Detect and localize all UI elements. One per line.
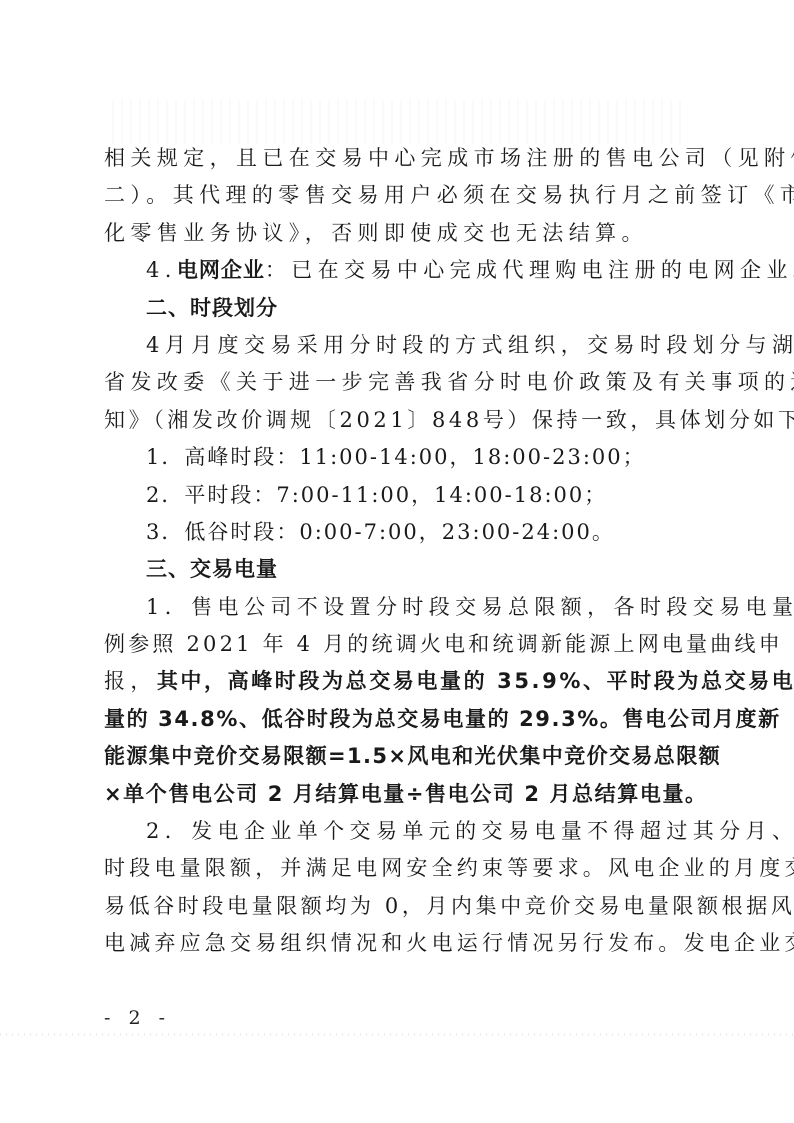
term-label: 电网企业 [177,258,265,282]
section-heading-time-periods: 二、时段划分 [104,290,694,327]
paragraph-line: 2．发电企业单个交易单元的交易电量不得超过其分月、分 [104,813,694,850]
paragraph-line-bold: ×单个售电公司 2 月结算电量÷售电公司 2 月总结算电量。 [104,776,694,813]
paragraph-line: 相关规定，且已在交易中心完成市场注册的售电公司（见附件 [104,140,694,177]
paragraph-line: 1．售电公司不设置分时段交易总限额，各时段交易电量比 [104,589,694,626]
paragraph-line: 4月月度交易采用分时段的方式组织，交易时段划分与湖南 [104,327,694,364]
scan-noise-line [0,1033,794,1036]
paragraph-line: 二）。其代理的零售交易用户必须在交易执行月之前签订《市场 [104,177,694,214]
list-item-peak-period: 1．高峰时段：11:00-14:00，18:00-23:00； [104,439,694,476]
section-heading-trading-volume: 三、交易电量 [104,551,694,588]
paragraph-line: 时段电量限额，并满足电网安全约束等要求。风电企业的月度交 [104,850,694,887]
paragraph-line-bold: 能源集中竞价交易限额=1.5×风电和光伏集中竞价交易总限额 [104,738,694,775]
document-body: 相关规定，且已在交易中心完成市场注册的售电公司（见附件 二）。其代理的零售交易用… [104,140,694,963]
scan-bleed-through [112,100,682,144]
page-number: - 2 - [104,1007,171,1029]
paragraph-line-bold: 量的 34.8%、低谷时段为总交易电量的 29.3%。售电公司月度新 [104,701,694,738]
list-item-valley-period: 3．低谷时段：0:00-7:00，23:00-24:00。 [104,514,694,551]
document-page: 相关规定，且已在交易中心完成市场注册的售电公司（见附件 二）。其代理的零售交易用… [0,0,794,1123]
paragraph-line: 报，其中，高峰时段为总交易电量的 35.9%、平时段为总交易电 [104,663,694,700]
paragraph-line: 易低谷时段电量限额均为 0，月内集中竞价交易电量限额根据风 [104,888,694,925]
bold-emphasis: 其中，高峰时段为总交易电量的 35.9%、平时段为总交易电 [157,669,794,693]
list-item-flat-period: 2．平时段：7:00-11:00，14:00-18:00； [104,477,694,514]
paragraph-line: 化零售业务协议》，否则即使成交也无法结算。 [104,215,694,252]
list-item-grid-enterprise: 4.电网企业：已在交易中心完成代理购电注册的电网企业。 [104,252,694,289]
paragraph-line: 例参照 2021 年 4 月的统调火电和统调新能源上网电量曲线申 [104,626,694,663]
paragraph-line: 知》（湘发改价调规〔2021〕848号）保持一致，具体划分如下： [104,402,694,439]
paragraph-line: 省发改委《关于进一步完善我省分时电价政策及有关事项的通 [104,364,694,401]
paragraph-line: 电减弃应急交易组织情况和火电运行情况另行发布。发电企业交 [104,925,694,962]
